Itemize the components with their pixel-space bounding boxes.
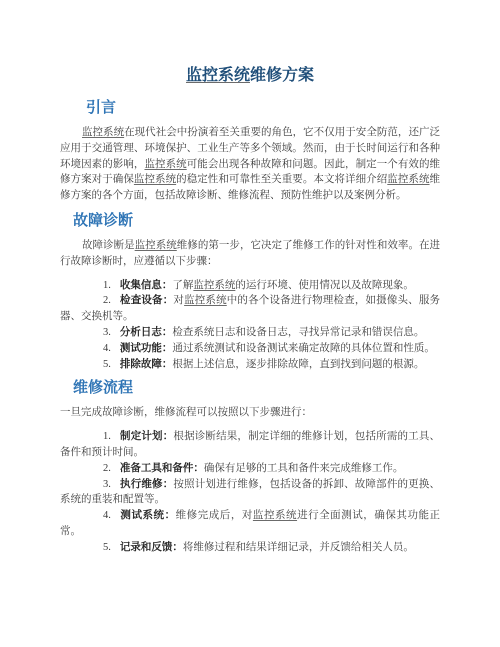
item-description: 对监控系统中的各个设备进行物理检查，如摄像头、服务器、交换机等。 bbox=[60, 295, 440, 322]
item-term: 准备工具和备件 bbox=[120, 463, 194, 474]
item-number: 3. bbox=[103, 479, 111, 490]
item-description: 维修完成后，对监控系统进行全面测试，确保其功能正常。 bbox=[60, 510, 440, 537]
list-item: 3.执行维修：按照计划进行维修，包括设备的拆卸、故障部件的更换、系统的重装和配置… bbox=[60, 477, 440, 509]
item-description: 检查系统日志和设备日志，寻找异常记录和错误信息。 bbox=[172, 327, 424, 338]
item-description: 确保有足够的工具和备件来完成维修工作。 bbox=[204, 463, 404, 474]
diagnosis-list: 1.收集信息：了解监控系统的运行环境、使用情况以及故障现象。 2.检查设备：对监… bbox=[60, 278, 440, 373]
item-separator: ： bbox=[162, 327, 173, 338]
item-separator: ： bbox=[162, 359, 173, 370]
list-item: 1.制定计划：根据诊断结果，制定详细的维修计划，包括所需的工具、备件和预计时间。 bbox=[60, 429, 440, 461]
diagnosis-intro-paragraph: 故障诊断是监控系统维修的第一步，它决定了维修工作的针对性和效率。在进行故障诊断时… bbox=[60, 238, 440, 270]
item-description: 根据诊断结果，制定详细的维修计划，包括所需的工具、备件和预计时间。 bbox=[60, 431, 440, 458]
list-item: 3.分析日志：检查系统日志和设备日志，寻找异常记录和错误信息。 bbox=[60, 325, 440, 341]
section-heading-diagnosis: 故障诊断 bbox=[73, 212, 440, 231]
document-title: 监控系统维修方案 bbox=[60, 66, 440, 86]
section-heading-process: 维修流程 bbox=[73, 379, 440, 398]
item-term: 分析日志 bbox=[120, 327, 162, 338]
item-separator: ： bbox=[193, 463, 204, 474]
item-separator: ： bbox=[163, 295, 174, 306]
list-item: 5.排除故障：根据上述信息，逐步排除故障，直到找到问题的根源。 bbox=[60, 357, 440, 373]
item-number: 4. bbox=[103, 510, 111, 521]
item-separator: ： bbox=[172, 542, 183, 553]
item-number: 5. bbox=[103, 359, 111, 370]
item-description: 了解监控系统的运行环境、使用情况以及故障现象。 bbox=[172, 280, 414, 291]
item-description: 将维修过程和结果详细记录，并反馈给相关人员。 bbox=[183, 542, 414, 553]
list-item: 2.准备工具和备件：确保有足够的工具和备件来完成维修工作。 bbox=[60, 461, 440, 477]
item-number: 2. bbox=[103, 295, 111, 306]
item-separator: ： bbox=[165, 510, 176, 521]
item-term: 测试系统 bbox=[120, 510, 165, 521]
section-heading-intro: 引言 bbox=[86, 99, 440, 118]
list-item: 1.收集信息：了解监控系统的运行环境、使用情况以及故障现象。 bbox=[60, 278, 440, 294]
item-term: 执行维修 bbox=[120, 479, 163, 490]
item-description: 根据上述信息，逐步排除故障，直到找到问题的根源。 bbox=[172, 359, 424, 370]
process-intro-paragraph: 一旦完成故障诊断，维修流程可以按照以下步骤进行： bbox=[60, 405, 440, 421]
item-term: 检查设备 bbox=[120, 295, 163, 306]
item-number: 2. bbox=[103, 463, 111, 474]
intro-paragraph: 监控系统在现代社会中扮演着至关重要的角色，它不仅用于安全防范，还广泛应用于交通管… bbox=[60, 125, 440, 204]
item-separator: ： bbox=[162, 343, 173, 354]
process-list: 1.制定计划：根据诊断结果，制定详细的维修计划，包括所需的工具、备件和预计时间。… bbox=[60, 429, 440, 555]
list-item: 2.检查设备：对监控系统中的各个设备进行物理检查，如摄像头、服务器、交换机等。 bbox=[60, 293, 440, 325]
item-description: 按照计划进行维修，包括设备的拆卸、故障部件的更换、系统的重装和配置等。 bbox=[60, 479, 440, 506]
item-number: 1. bbox=[103, 280, 111, 291]
item-term: 收集信息 bbox=[120, 280, 162, 291]
item-separator: ： bbox=[163, 479, 174, 490]
list-item: 4.测试功能：通过系统测试和设备测试来确定故障的具体位置和性质。 bbox=[60, 341, 440, 357]
item-number: 4. bbox=[103, 343, 111, 354]
item-term: 测试功能 bbox=[120, 343, 162, 354]
item-description: 通过系统测试和设备测试来确定故障的具体位置和性质。 bbox=[172, 343, 435, 354]
item-number: 5. bbox=[103, 542, 111, 553]
item-term: 记录和反馈 bbox=[120, 542, 173, 553]
item-term: 制定计划 bbox=[120, 431, 163, 442]
item-number: 3. bbox=[103, 327, 111, 338]
item-term: 排除故障 bbox=[120, 359, 162, 370]
list-item: 5.记录和反馈：将维修过程和结果详细记录，并反馈给相关人员。 bbox=[60, 540, 440, 556]
item-separator: ： bbox=[162, 280, 173, 291]
document-page: 监控系统维修方案 引言 监控系统在现代社会中扮演着至关重要的角色，它不仅用于安全… bbox=[0, 0, 500, 647]
list-item: 4.测试系统：维修完成后，对监控系统进行全面测试，确保其功能正常。 bbox=[60, 508, 440, 540]
item-separator: ： bbox=[163, 431, 174, 442]
item-number: 1. bbox=[103, 431, 111, 442]
